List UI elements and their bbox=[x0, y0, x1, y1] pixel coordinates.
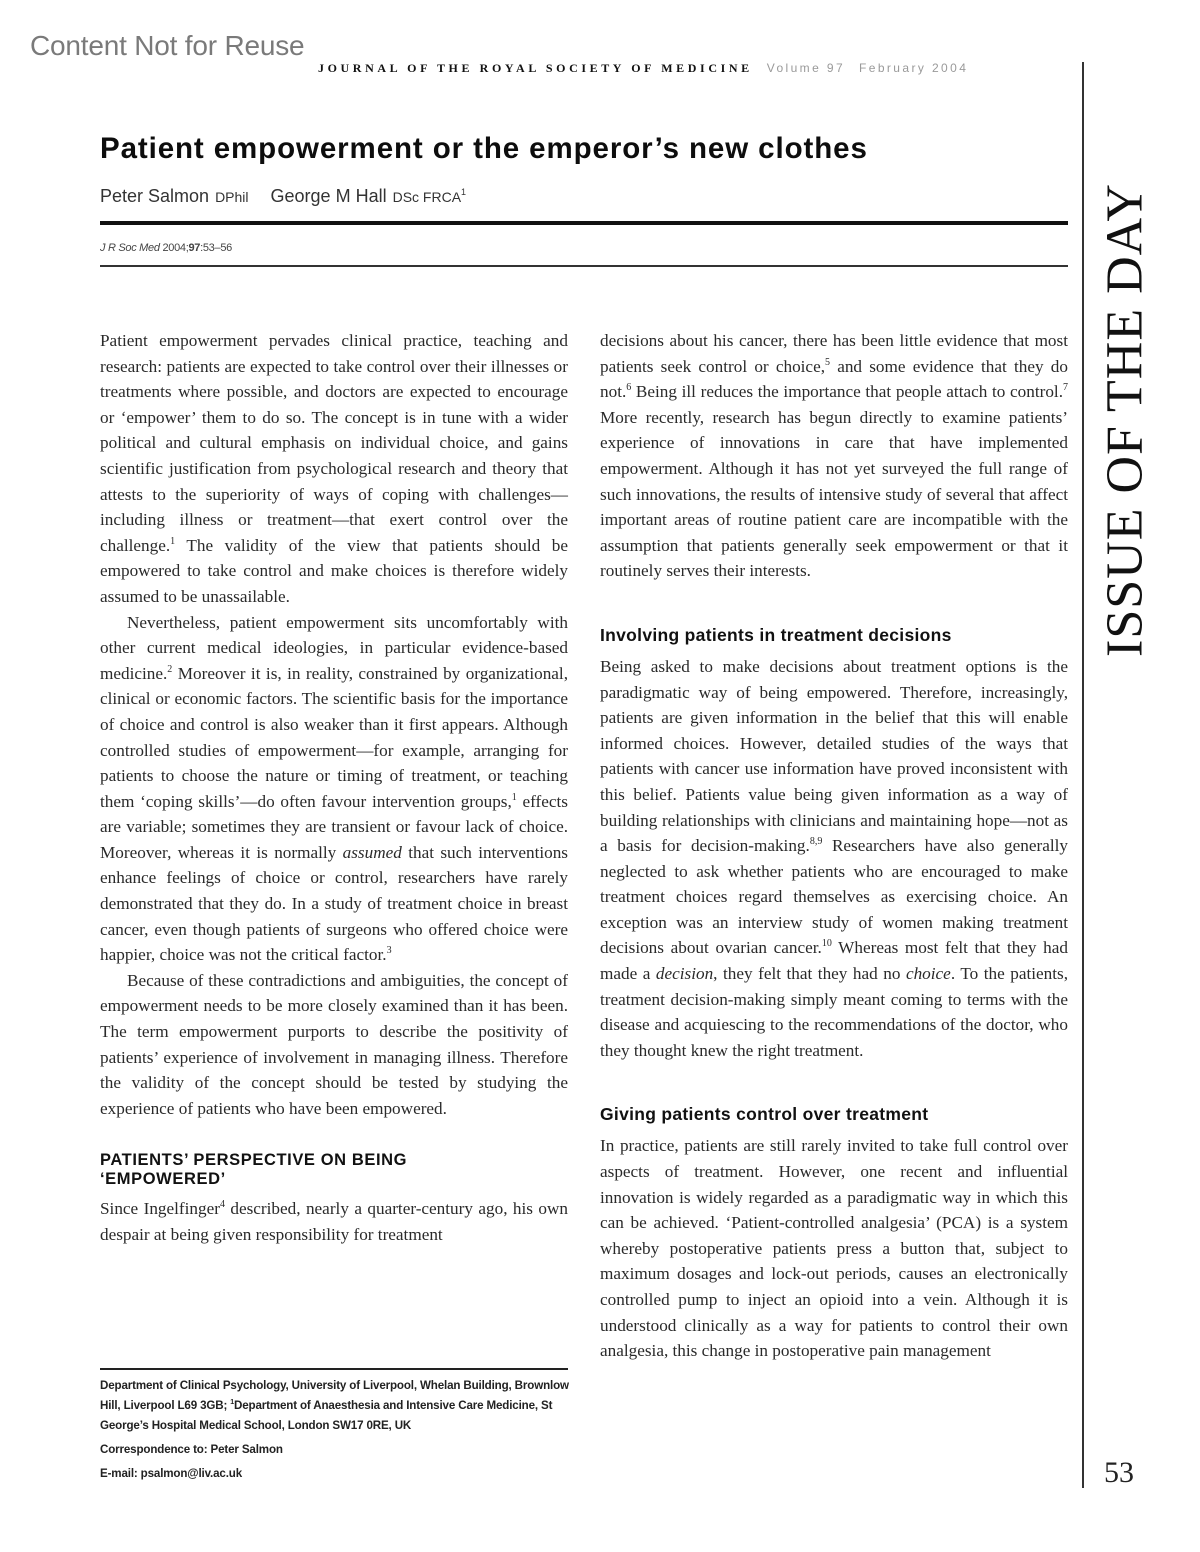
watermark: Content Not for Reuse bbox=[30, 30, 304, 62]
body-paragraph: Being asked to make decisions about trea… bbox=[600, 654, 1068, 1064]
reference-mark[interactable]: 3 bbox=[387, 945, 392, 956]
volume: Volume 97 bbox=[767, 61, 845, 75]
body-paragraph: Patient empowerment pervades clinical pr… bbox=[100, 328, 568, 610]
citation-rule bbox=[100, 265, 1068, 267]
body-paragraph: Since Ingelfinger4 described, nearly a q… bbox=[100, 1196, 568, 1247]
issue-date: February 2004 bbox=[859, 61, 968, 75]
reference-mark[interactable]: 7 bbox=[1063, 382, 1068, 393]
author-degrees: DPhil bbox=[215, 189, 248, 205]
left-column: Patient empowerment pervades clinical pr… bbox=[100, 328, 568, 1248]
author-list: Peter SalmonDPhilGeorge M HallDSc FRCA1 bbox=[100, 186, 466, 207]
affiliation-mark: 1 bbox=[461, 187, 466, 197]
correspondence: Correspondence to: Peter Salmon bbox=[100, 1440, 570, 1460]
section-label-text: ISSUE OF THE DAY bbox=[1096, 183, 1155, 657]
title-rule bbox=[100, 221, 1068, 225]
journal-name: JOURNAL OF THE ROYAL SOCIETY OF MEDICINE bbox=[318, 61, 753, 75]
citation-year: 2004; bbox=[162, 242, 188, 254]
article-title: Patient empowerment or the emperor’s new… bbox=[100, 132, 868, 166]
footnote-rule bbox=[100, 1368, 568, 1370]
section-heading: Involving patients in treatment decision… bbox=[600, 624, 1068, 646]
body-paragraph: Nevertheless, patient empowerment sits u… bbox=[100, 610, 568, 968]
author-name: George M Hall bbox=[271, 186, 387, 206]
citation: J R Soc Med 2004;97:53–56 bbox=[100, 242, 232, 254]
author-name: Peter Salmon bbox=[100, 186, 209, 206]
email[interactable]: E-mail: psalmon@liv.ac.uk bbox=[100, 1464, 570, 1484]
right-column: decisions about his cancer, there has be… bbox=[600, 328, 1068, 1364]
reference-mark[interactable]: 8,9 bbox=[810, 836, 823, 847]
page-number: 53 bbox=[1104, 1456, 1134, 1490]
author-degrees: DSc FRCA bbox=[393, 189, 461, 205]
reference-mark[interactable]: 10 bbox=[822, 938, 832, 949]
citation-journal: J R Soc Med bbox=[100, 242, 160, 254]
running-header: JOURNAL OF THE ROYAL SOCIETY OF MEDICINE… bbox=[318, 61, 1070, 76]
issue-meta: Volume 97February 2004 bbox=[767, 61, 983, 75]
body-paragraph: In practice, patients are still rarely i… bbox=[600, 1133, 1068, 1363]
citation-pages: :53–56 bbox=[200, 242, 232, 254]
affiliations: Department of Clinical Psychology, Unive… bbox=[100, 1376, 570, 1436]
citation-volume: 97 bbox=[188, 242, 200, 254]
body-paragraph: Because of these contradictions and ambi… bbox=[100, 968, 568, 1122]
margin-rule bbox=[1082, 62, 1084, 1488]
affiliations-footnote: Department of Clinical Psychology, Unive… bbox=[100, 1376, 570, 1484]
section-heading: Giving patients control over treatment bbox=[600, 1103, 1068, 1125]
section-label: ISSUE OF THE DAY bbox=[1097, 140, 1153, 700]
section-heading: PATIENTS’ PERSPECTIVE ON BEING ‘EMPOWERE… bbox=[100, 1151, 480, 1189]
body-paragraph: decisions about his cancer, there has be… bbox=[600, 328, 1068, 584]
